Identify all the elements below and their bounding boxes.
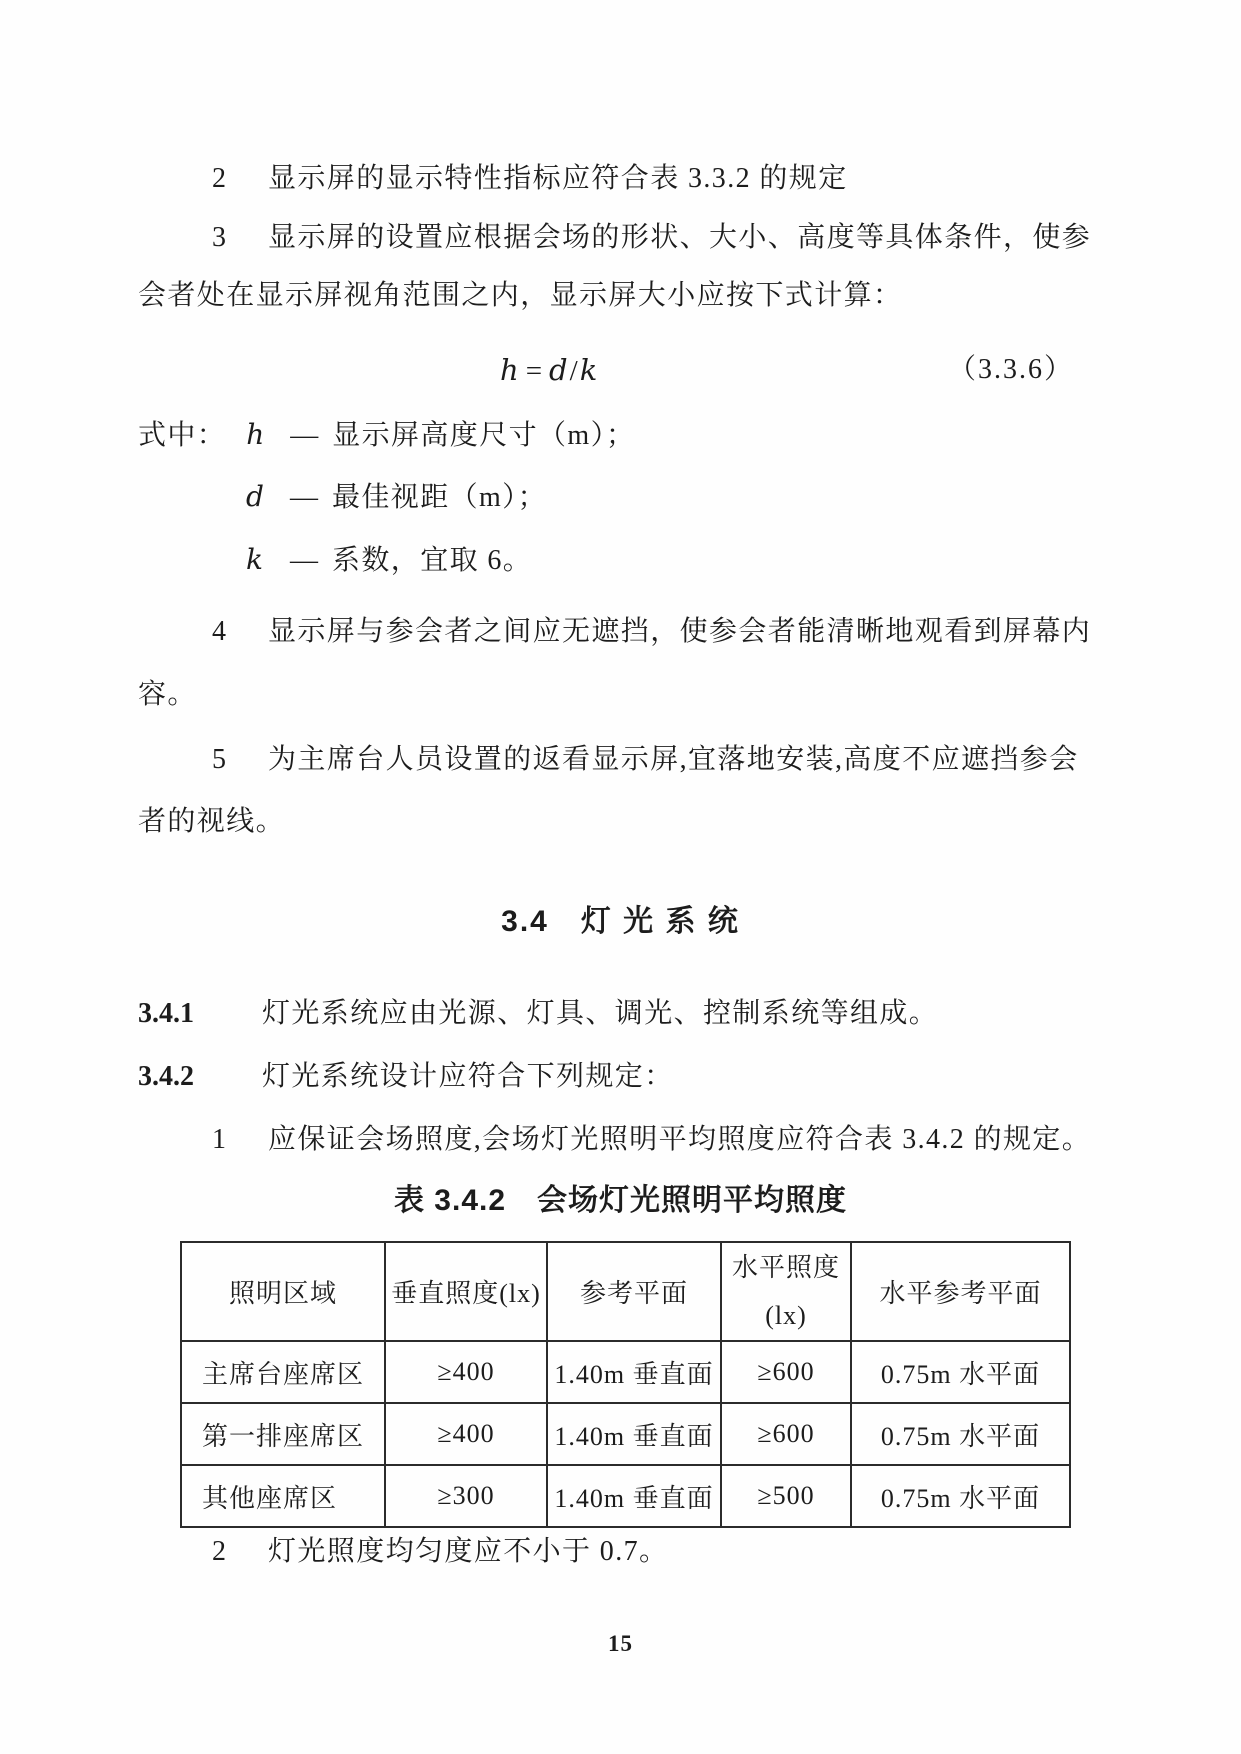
illumination-table: 照明区域 垂直照度(lx) 参考平面 水平照度 (lx) 水平参考平面 主席台座… (180, 1241, 1071, 1528)
formula-var-d: d (549, 353, 568, 387)
col-header-horizontal-illuminance: 水平照度 (lx) (721, 1242, 851, 1341)
equation-number: （3.3.6） (948, 353, 1074, 387)
item-text: 显示屏的设置应根据会场的形状、大小、高度等具体条件，使参 (268, 222, 1091, 253)
definition-desc: 系数，宜取 6。 (332, 545, 532, 576)
paragraph-item-3-line2: 会者处在显示屏视角范围之内，显示屏大小应按下式计算： (138, 279, 902, 313)
table-row: 其他座席区 ≥300 1.40m 垂直面 ≥500 0.75m 水平面 (181, 1465, 1070, 1527)
item-number: 5 (212, 743, 268, 777)
cell-ref-plane: 1.40m 垂直面 (547, 1341, 721, 1403)
cell-horizontal: ≥600 (721, 1341, 851, 1403)
col-header-reference-plane: 参考平面 (547, 1242, 721, 1341)
table-caption: 表 3.4.2 会场灯光照明平均照度 (0, 1184, 1241, 1218)
clause-text: 灯光系统设计应符合下列规定： (262, 1061, 674, 1092)
table-row: 主席台座席区 ≥400 1.40m 垂直面 ≥600 0.75m 水平面 (181, 1341, 1070, 1403)
definition-line-k: k—系数，宜取 6。 (246, 543, 532, 578)
cell-vertical: ≥400 (385, 1403, 547, 1465)
definition-symbol: h (246, 418, 276, 452)
cell-area: 主席台座席区 (181, 1341, 385, 1403)
clause-number: 3.4.1 (138, 997, 262, 1031)
clause-number: 3.4.2 (138, 1060, 262, 1094)
clause-3-4-2: 3.4.2灯光系统设计应符合下列规定： (138, 1060, 674, 1094)
definition-line-d: d—最佳视距（m）； (246, 480, 547, 515)
col-header-horizontal-reference-plane: 水平参考平面 (851, 1242, 1070, 1341)
item-text: 为主席台人员设置的返看显示屏,宜落地安装,高度不应遮挡参会 (268, 744, 1079, 775)
definition-symbol: d (246, 480, 276, 514)
cell-horizontal-ref: 0.75m 水平面 (851, 1465, 1070, 1527)
item-number: 2 (212, 1535, 268, 1569)
clause-3-4-1: 3.4.1灯光系统应由光源、灯具、调光、控制系统等组成。 (138, 997, 938, 1031)
item-number: 1 (212, 1123, 268, 1157)
cell-horizontal-ref: 0.75m 水平面 (851, 1403, 1070, 1465)
definition-dash: — (290, 482, 318, 513)
col-header-horizontal-line1: 水平照度 (722, 1253, 850, 1283)
definition-desc: 最佳视距（m）； (332, 482, 547, 513)
table-header-row: 照明区域 垂直照度(lx) 参考平面 水平照度 (lx) 水平参考平面 (181, 1242, 1070, 1341)
document-page: 2显示屏的显示特性指标应符合表 3.3.2 的规定 3显示屏的设置应根据会场的形… (0, 0, 1241, 1754)
paragraph-item-1: 1应保证会场照度,会场灯光照明平均照度应符合表 3.4.2 的规定。 (212, 1123, 1091, 1157)
cell-horizontal: ≥600 (721, 1403, 851, 1465)
table-row: 第一排座席区 ≥400 1.40m 垂直面 ≥600 0.75m 水平面 (181, 1403, 1070, 1465)
cell-vertical: ≥400 (385, 1341, 547, 1403)
formula-expression: h=d/k (500, 353, 597, 388)
formula-var-k: k (580, 353, 598, 387)
item-number: 4 (212, 615, 268, 649)
item-number: 3 (212, 221, 268, 255)
item-text: 显示屏与参会者之间应无遮挡，使参会者能清晰地观看到屏幕内 (268, 616, 1091, 647)
paragraph-item-5-line2: 者的视线。 (138, 805, 285, 839)
paragraph-item-4-line2: 容。 (138, 678, 197, 712)
cell-ref-plane: 1.40m 垂直面 (547, 1465, 721, 1527)
cell-vertical: ≥300 (385, 1465, 547, 1527)
col-header-horizontal-line2: (lx) (722, 1301, 850, 1331)
definition-dash: — (290, 420, 318, 451)
cell-area: 其他座席区 (181, 1465, 385, 1527)
item-number: 2 (212, 162, 268, 196)
definition-desc: 显示屏高度尺寸（m）； (332, 420, 635, 451)
definition-dash: — (290, 545, 318, 576)
paragraph-item-3-line1: 3显示屏的设置应根据会场的形状、大小、高度等具体条件，使参 (212, 221, 1091, 255)
cell-horizontal-ref: 0.75m 水平面 (851, 1341, 1070, 1403)
definition-symbol: k (246, 543, 276, 577)
formula-slash: / (570, 355, 578, 387)
formula-equals: = (526, 355, 542, 387)
clause-text: 灯光系统应由光源、灯具、调光、控制系统等组成。 (262, 998, 938, 1029)
paragraph-item-4-line1: 4显示屏与参会者之间应无遮挡，使参会者能清晰地观看到屏幕内 (212, 615, 1091, 649)
item-text: 显示屏的显示特性指标应符合表 3.3.2 的规定 (268, 163, 848, 194)
paragraph-item-5-line1: 5为主席台人员设置的返看显示屏,宜落地安装,高度不应遮挡参会 (212, 743, 1079, 777)
col-header-area: 照明区域 (181, 1242, 385, 1341)
section-heading: 3.4 灯 光 系 统 (0, 905, 1241, 939)
item-text: 灯光照度均匀度应不小于 0.7。 (268, 1536, 668, 1567)
cell-area: 第一排座席区 (181, 1403, 385, 1465)
cell-horizontal: ≥500 (721, 1465, 851, 1527)
col-header-vertical-illuminance: 垂直照度(lx) (385, 1242, 547, 1341)
item-text: 应保证会场照度,会场灯光照明平均照度应符合表 3.4.2 的规定。 (268, 1124, 1091, 1155)
definition-line-h: 式中：h—显示屏高度尺寸（m）； (138, 418, 635, 453)
paragraph-item-2: 2显示屏的显示特性指标应符合表 3.3.2 的规定 (212, 162, 848, 196)
cell-ref-plane: 1.40m 垂直面 (547, 1403, 721, 1465)
formula-var-h: h (500, 353, 519, 387)
page-number: 15 (0, 1627, 1241, 1661)
definitions-label: 式中： (138, 420, 226, 451)
paragraph-item-2-lighting: 2灯光照度均匀度应不小于 0.7。 (212, 1535, 668, 1569)
